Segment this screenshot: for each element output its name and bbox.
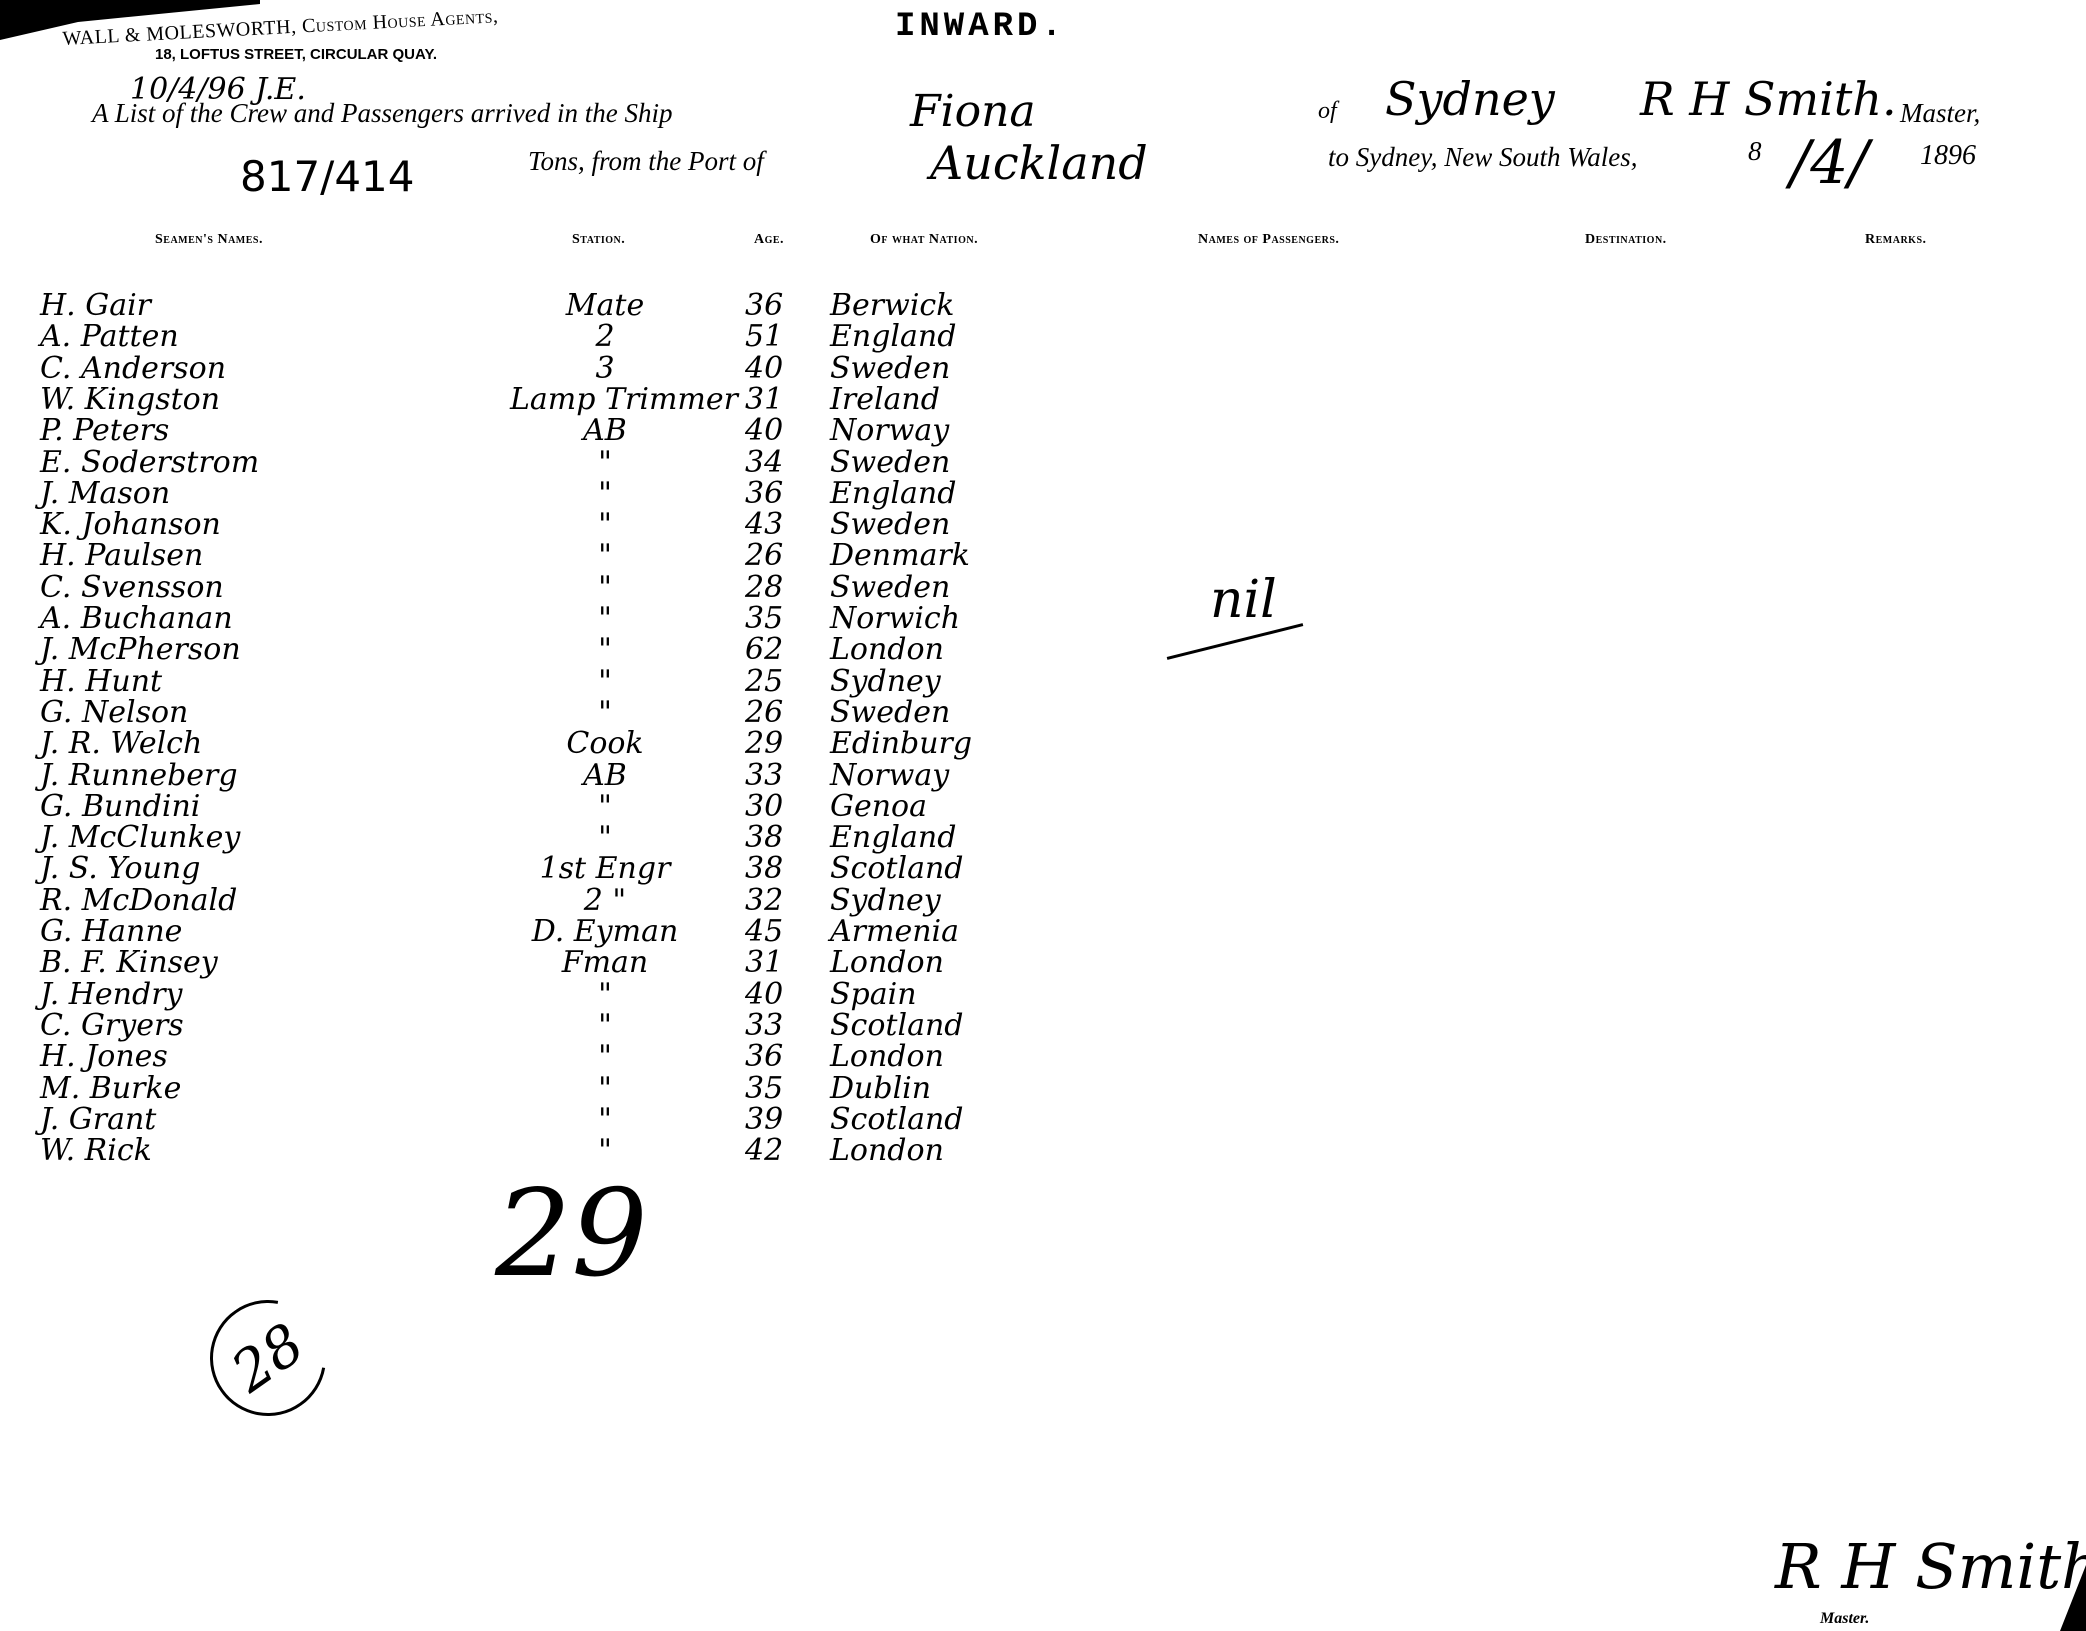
crew-name: J. Grant <box>40 1104 156 1135</box>
crew-row: P. PetersAB40Norway <box>0 415 1100 446</box>
crew-age: 38 <box>745 822 783 853</box>
crew-station: AB <box>510 415 700 446</box>
crew-row: J. Hendry"40Spain <box>0 979 1100 1010</box>
crew-nation: London <box>830 1041 944 1072</box>
crew-nation: Sweden <box>830 697 950 728</box>
crew-nation: Ireland <box>830 384 940 415</box>
crew-name: G. Hanne <box>40 916 182 947</box>
crew-name: A. Patten <box>40 321 179 352</box>
arrival-day: 8 <box>1748 136 1762 167</box>
master-label: Master, <box>1900 98 1980 129</box>
crew-age: 33 <box>745 1010 783 1041</box>
crew-age: 29 <box>745 728 783 759</box>
crew-nation: London <box>830 634 944 665</box>
crew-nation: Denmark <box>830 540 970 571</box>
crew-age: 39 <box>745 1104 783 1135</box>
crew-age: 33 <box>745 760 783 791</box>
crew-name: J. McClunkey <box>40 822 240 853</box>
crew-name: J. Mason <box>40 478 170 509</box>
header-line-1: A List of the Crew and Passengers arrive… <box>92 98 673 129</box>
crew-nation: England <box>830 321 956 352</box>
crew-row: E. Soderstrom"34Sweden <box>0 447 1100 478</box>
crew-row: G. HanneD. Eyman45Armenia <box>0 916 1100 947</box>
crew-station: " <box>510 1135 700 1166</box>
crew-row: H. GairMate36Berwick <box>0 290 1100 321</box>
master-name: R H Smith. <box>1640 72 1897 126</box>
crew-nation: Norway <box>830 760 949 791</box>
crew-row: J. McPherson"62London <box>0 634 1100 665</box>
crew-name: P. Peters <box>40 415 169 446</box>
crew-age: 40 <box>745 415 783 446</box>
crew-station: 3 <box>510 353 700 384</box>
crew-name: R. McDonald <box>40 885 237 916</box>
crew-station: 2 <box>510 321 700 352</box>
crew-row: J. Grant"39Scotland <box>0 1104 1100 1135</box>
crew-age: 45 <box>745 916 783 947</box>
crew-row: A. Patten251England <box>0 321 1100 352</box>
signature-label: Master. <box>1820 1610 1869 1628</box>
crew-age: 36 <box>745 478 783 509</box>
crew-nation: Scotland <box>830 853 963 884</box>
agent-address: 18, LOFTUS STREET, CIRCULAR QUAY. <box>155 46 437 63</box>
arrival-month: /4/ <box>1790 128 1869 198</box>
crew-row: K. Johanson"43Sweden <box>0 509 1100 540</box>
crew-nation: Dublin <box>830 1073 931 1104</box>
crew-row: G. Bundini"30Genoa <box>0 791 1100 822</box>
crew-nation: Sydney <box>830 666 941 697</box>
total-tally: 29 <box>495 1165 648 1304</box>
crew-row: C. Gryers"33Scotland <box>0 1010 1100 1041</box>
crew-station: " <box>510 697 700 728</box>
crew-row: W. KingstonLamp Trimmer31Ireland <box>0 384 1100 415</box>
crew-name: J. S. Young <box>40 853 200 884</box>
crew-age: 32 <box>745 885 783 916</box>
crew-name: H. Gair <box>40 290 151 321</box>
col-remarks: Remarks. <box>1865 232 1927 248</box>
crew-station: " <box>510 447 700 478</box>
crew-age: 31 <box>745 384 783 415</box>
ship-home-port: Sydney <box>1385 72 1555 126</box>
circled-tally: 28 <box>187 1277 349 1439</box>
crew-name: K. Johanson <box>40 509 221 540</box>
of-label: of <box>1318 98 1337 125</box>
crew-row: W. Rick"42London <box>0 1135 1100 1166</box>
crew-age: 40 <box>745 979 783 1010</box>
col-seamen-names: Seamen's Names. <box>155 232 263 248</box>
crew-nation: Sydney <box>830 885 941 916</box>
passengers-nil-note: nil <box>1210 570 1277 630</box>
crew-age: 34 <box>745 447 783 478</box>
crew-station: " <box>510 666 700 697</box>
crew-nation: Sweden <box>830 509 950 540</box>
crew-name: H. Hunt <box>40 666 162 697</box>
crew-nation: Armenia <box>830 916 959 947</box>
crew-nation: Sweden <box>830 447 950 478</box>
col-nation: Of what Nation. <box>870 232 978 248</box>
crew-name: C. Anderson <box>40 353 226 384</box>
port-from: Auckland <box>930 136 1148 190</box>
crew-station: " <box>510 1104 700 1135</box>
crew-nation: Spain <box>830 979 917 1010</box>
crew-name: E. Soderstrom <box>40 447 259 478</box>
crew-age: 42 <box>745 1135 783 1166</box>
col-passenger-names: Names of Passengers. <box>1198 232 1339 248</box>
agent-firm: WALL & MOLESWORTH, <box>62 16 297 50</box>
crew-station: Mate <box>510 290 700 321</box>
circled-tally-value: 28 <box>220 1311 316 1405</box>
ship-name: Fiona <box>910 86 1036 137</box>
crew-station: " <box>510 791 700 822</box>
crew-nation: Norwich <box>830 603 960 634</box>
crew-name: C. Gryers <box>40 1010 184 1041</box>
crew-age: 35 <box>745 603 783 634</box>
crew-name: A. Buchanan <box>40 603 233 634</box>
crew-name: B. F. Kinsey <box>40 947 218 978</box>
crew-station: " <box>510 478 700 509</box>
crew-name: W. Rick <box>40 1135 152 1166</box>
crew-name: J. McPherson <box>40 634 241 665</box>
crew-row: M. Burke"35Dublin <box>0 1073 1100 1104</box>
crew-nation: Sweden <box>830 572 950 603</box>
crew-station: 1st Engr <box>510 853 700 884</box>
crew-name: G. Bundini <box>40 791 200 822</box>
crew-nation: London <box>830 1135 944 1166</box>
crew-age: 26 <box>745 697 783 728</box>
crew-station: D. Eyman <box>510 916 700 947</box>
crew-name: H. Paulsen <box>40 540 203 571</box>
col-age: Age. <box>754 232 784 248</box>
crew-age: 30 <box>745 791 783 822</box>
crew-station: " <box>510 572 700 603</box>
crew-row: A. Buchanan"35Norwich <box>0 603 1100 634</box>
crew-age: 51 <box>745 321 783 352</box>
agent-title: Custom House Agents, <box>301 5 498 37</box>
crew-station: " <box>510 603 700 634</box>
crew-nation: England <box>830 822 956 853</box>
crew-age: 35 <box>745 1073 783 1104</box>
crew-station: " <box>510 1073 700 1104</box>
arrival-year: 1896 <box>1920 140 1976 172</box>
crew-station: Fman <box>510 947 700 978</box>
crew-nation: Scotland <box>830 1010 963 1041</box>
crew-name: M. Burke <box>40 1073 181 1104</box>
crew-station: " <box>510 979 700 1010</box>
crew-station: Lamp Trimmer <box>510 384 700 415</box>
crew-station: " <box>510 1041 700 1072</box>
crew-nation: Scotland <box>830 1104 963 1135</box>
crew-row: J. S. Young1st Engr38Scotland <box>0 853 1100 884</box>
crew-nation: Edinburg <box>830 728 972 759</box>
crew-name: J. R. Welch <box>40 728 202 759</box>
col-destination: Destination. <box>1585 232 1667 248</box>
crew-row: R. McDonald2 "32Sydney <box>0 885 1100 916</box>
crew-name: G. Nelson <box>40 697 188 728</box>
crew-nation: London <box>830 947 944 978</box>
crew-station: 2 " <box>510 885 700 916</box>
crew-nation: Berwick <box>830 290 954 321</box>
col-station: Station. <box>572 232 625 248</box>
crew-name: J. Runneberg <box>40 760 238 791</box>
crew-nation: Genoa <box>830 791 927 822</box>
crew-row: H. Hunt"25Sydney <box>0 666 1100 697</box>
tonnage: 817/414 <box>240 152 414 201</box>
crew-station: " <box>510 822 700 853</box>
crew-row: J. Mason"36England <box>0 478 1100 509</box>
crew-name: C. Svensson <box>40 572 224 603</box>
crew-station: AB <box>510 760 700 791</box>
crew-name: H. Jones <box>40 1041 168 1072</box>
crew-age: 25 <box>745 666 783 697</box>
crew-row: C. Anderson340Sweden <box>0 353 1100 384</box>
crew-station: " <box>510 540 700 571</box>
crew-row: B. F. KinseyFman31London <box>0 947 1100 978</box>
crew-age: 26 <box>745 540 783 571</box>
crew-row: C. Svensson"28Sweden <box>0 572 1100 603</box>
crew-name: J. Hendry <box>40 979 183 1010</box>
header-line-2: Tons, from the Port of <box>528 146 764 177</box>
crew-row: H. Paulsen"26Denmark <box>0 540 1100 571</box>
crew-age: 28 <box>745 572 783 603</box>
crew-row: H. Jones"36London <box>0 1041 1100 1072</box>
crew-nation: Norway <box>830 415 949 446</box>
crew-name: W. Kingston <box>40 384 220 415</box>
form-title: INWARD. <box>895 8 1066 46</box>
crew-station: Cook <box>510 728 700 759</box>
crew-age: 62 <box>745 634 783 665</box>
crew-nation: England <box>830 478 956 509</box>
master-signature: R H Smith. <box>1775 1530 2086 1603</box>
crew-age: 36 <box>745 290 783 321</box>
crew-age: 31 <box>745 947 783 978</box>
crew-row: J. R. WelchCook29Edinburg <box>0 728 1100 759</box>
crew-row: J. RunnebergAB33Norway <box>0 760 1100 791</box>
crew-age: 36 <box>745 1041 783 1072</box>
crew-age: 40 <box>745 353 783 384</box>
crew-station: " <box>510 634 700 665</box>
crew-nation: Sweden <box>830 353 950 384</box>
crew-station: " <box>510 509 700 540</box>
crew-station: " <box>510 1010 700 1041</box>
destination-line: to Sydney, New South Wales, <box>1328 142 1637 173</box>
crew-row: G. Nelson"26Sweden <box>0 697 1100 728</box>
crew-age: 38 <box>745 853 783 884</box>
crew-age: 43 <box>745 509 783 540</box>
crew-row: J. McClunkey"38England <box>0 822 1100 853</box>
